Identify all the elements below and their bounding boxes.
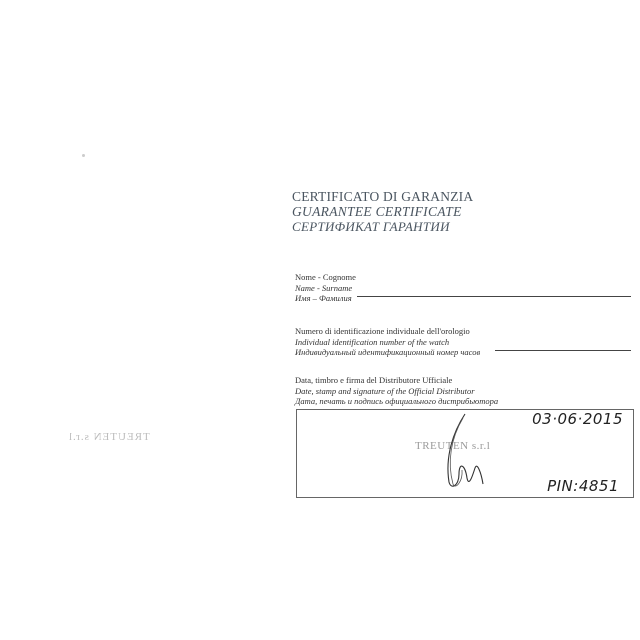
name-field: Nome - Cognome Name - Surname Имя – Фами… [295,272,356,304]
watch-id-field: Numero di identificazione individuale de… [295,326,480,358]
name-label-ru: Имя – Фамилия [295,293,356,304]
title-russian: СЕРТИФИКАТ ГАРАНТИИ [292,219,473,234]
title-italian: CERTIFICATO DI GARANZIA [292,189,473,204]
id-label-it: Numero di identificazione individuale de… [295,326,480,337]
distributor-field: Data, timbro e firma del Distributore Uf… [295,375,498,407]
id-label-en: Individual identification number of the … [295,337,480,348]
distributor-stamp-box: 03·06·2015 TREUTEN s.r.l PIN:4851 [296,409,634,498]
certificate-page: TREUTEN s.r.l CERTIFICATO DI GARANZIA GU… [0,0,640,640]
signature-icon [435,412,495,492]
name-label-it: Nome - Cognome [295,272,356,283]
handwritten-pin: PIN:4851 [547,477,619,495]
mirrored-stamp-bleed: TREUTEN s.r.l [68,431,150,443]
id-label-ru: Индивидуальный идентификационный номер ч… [295,347,480,358]
distributor-label-ru: Дата, печать и подпись официального дист… [295,396,498,407]
title-english: GUARANTEE CERTIFICATE [292,204,473,219]
handwritten-date: 03·06·2015 [532,410,623,428]
distributor-label-en: Date, stamp and signature of the Officia… [295,386,498,397]
id-write-line[interactable] [495,350,631,351]
certificate-title: CERTIFICATO DI GARANZIA GUARANTEE CERTIF… [292,189,473,234]
name-write-line[interactable] [357,296,631,297]
name-label-en: Name - Surname [295,283,356,294]
scan-speck [82,154,85,157]
distributor-label-it: Data, timbro e firma del Distributore Uf… [295,375,498,386]
